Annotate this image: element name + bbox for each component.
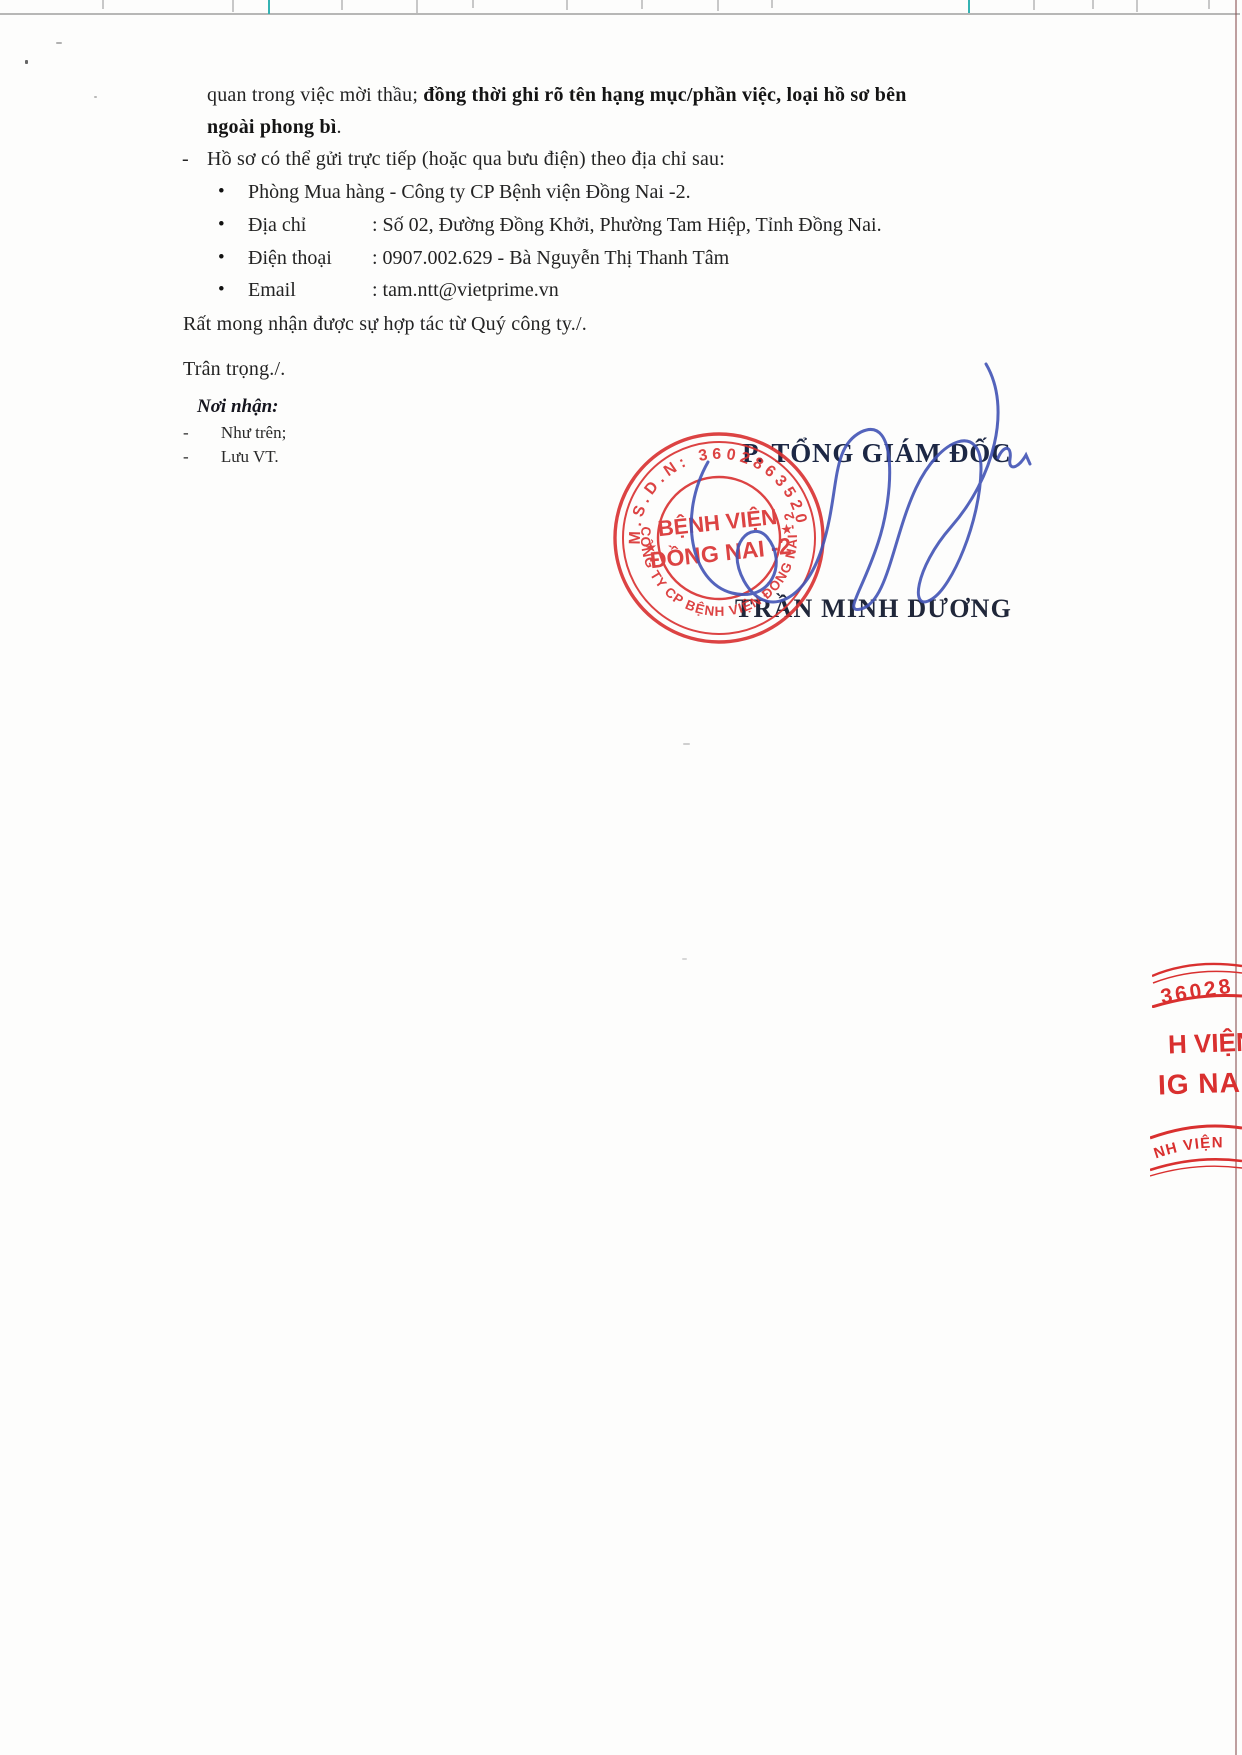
- scan-tick: [416, 0, 418, 13]
- bullet-address: • Địa chỉ : Số 02, Đường Đồng Khởi, Phườ…: [218, 214, 882, 237]
- scan-tick: [341, 0, 343, 10]
- scan-tick: [1092, 0, 1094, 9]
- hyphen-bullet: -: [182, 148, 189, 171]
- recipient-item-1-text: Như trên;: [221, 423, 286, 442]
- scan-tick: [566, 0, 568, 10]
- paragraph-line-2: ngoài phong bì.: [207, 116, 342, 139]
- scan-tick: [268, 0, 270, 14]
- bullet-purchasing-dept: • Phòng Mua hàng - Công ty CP Bệnh viện …: [218, 181, 691, 204]
- scan-tick: [232, 0, 234, 12]
- edge-stamp-text-fragment-1: H VIỆN: [1167, 1026, 1242, 1060]
- svg-text:NH VIỆN: NH VIỆN: [1152, 1133, 1224, 1162]
- bullet-dot-icon: •: [218, 181, 248, 203]
- signature-stroke: [691, 364, 998, 609]
- scan-tick: [641, 0, 643, 9]
- scan-tick: [472, 0, 474, 8]
- scan-tick: [102, 0, 104, 9]
- paragraph-line-1: quan trong việc mời thầu; đồng thời ghi …: [207, 84, 907, 107]
- bullet-dot-icon: •: [218, 279, 248, 301]
- scan-tick: [1033, 0, 1035, 10]
- bullet-phone-label: Điện thoại: [248, 247, 372, 270]
- regards-line: Trân trọng./.: [183, 358, 285, 381]
- recipient-item-1: - Như trên;: [183, 423, 286, 443]
- scan-tick: [1136, 0, 1138, 12]
- address-intro-line: Hồ sơ có thể gửi trực tiếp (hoặc qua bưu…: [207, 148, 725, 171]
- bullet-email: • Email : tam.ntt@vietprime.vn: [218, 279, 559, 302]
- scan-edge-line-top: [0, 13, 1240, 15]
- bullet-dot-icon: •: [218, 214, 248, 236]
- edge-stamp-number-fragment: 36028: [1152, 950, 1242, 1008]
- handwritten-signature: [560, 330, 1040, 630]
- recipient-item-2-text: Lưu VT.: [221, 447, 279, 466]
- bullet-address-value: : Số 02, Đường Đồng Khởi, Phường Tam Hiệ…: [372, 214, 882, 237]
- scan-edge-line-right: [1235, 0, 1237, 1755]
- hyphen-bullet: -: [183, 447, 189, 466]
- closing-line: Rất mong nhận được sự hợp tác từ Quý côn…: [183, 313, 587, 336]
- edge-stamp-banner-fragment: NH VIỆN: [1150, 1118, 1242, 1178]
- signature-flourish: [998, 448, 1030, 467]
- scan-tick: [1208, 0, 1210, 9]
- scan-speck: [94, 96, 97, 98]
- paragraph-line-1-bold: đồng thời ghi rõ tên hạng mục/phần việc,…: [423, 84, 906, 106]
- scan-speck: [682, 958, 687, 960]
- paragraph-line-1-regular: quan trong việc mời thầu;: [207, 84, 423, 106]
- bullet-purchasing-dept-text: Phòng Mua hàng - Công ty CP Bệnh viện Đồ…: [248, 181, 691, 204]
- scan-tick: [717, 0, 719, 11]
- scan-speck: [25, 60, 28, 64]
- edge-stamp-text-fragment-2: IG NAI: [1157, 1066, 1242, 1101]
- paragraph-line-2-bold: ngoài phong bì: [207, 116, 337, 138]
- scan-speck: [683, 743, 690, 745]
- bullet-phone: • Điện thoại : 0907.002.629 - Bà Nguyễn …: [218, 247, 729, 270]
- bullet-dot-icon: •: [218, 247, 248, 269]
- scan-tick: [968, 0, 970, 13]
- scanned-letter-page: quan trong việc mời thầu; đồng thời ghi …: [0, 0, 1242, 1755]
- paragraph-line-2-tail: .: [337, 116, 342, 138]
- hyphen-bullet: -: [183, 423, 189, 442]
- edge-stamp-banner-text: NH VIỆN: [1152, 1133, 1224, 1162]
- bullet-phone-value: : 0907.002.629 - Bà Nguyễn Thị Thanh Tâm: [372, 247, 729, 270]
- recipient-item-2: - Lưu VT.: [183, 447, 279, 467]
- scan-tick: [771, 0, 773, 8]
- bullet-email-value: : tam.ntt@vietprime.vn: [372, 279, 559, 302]
- bullet-address-label: Địa chỉ: [248, 214, 372, 237]
- scan-speck: [56, 42, 62, 44]
- bullet-email-label: Email: [248, 279, 372, 302]
- recipients-heading: Nơi nhận:: [197, 396, 278, 418]
